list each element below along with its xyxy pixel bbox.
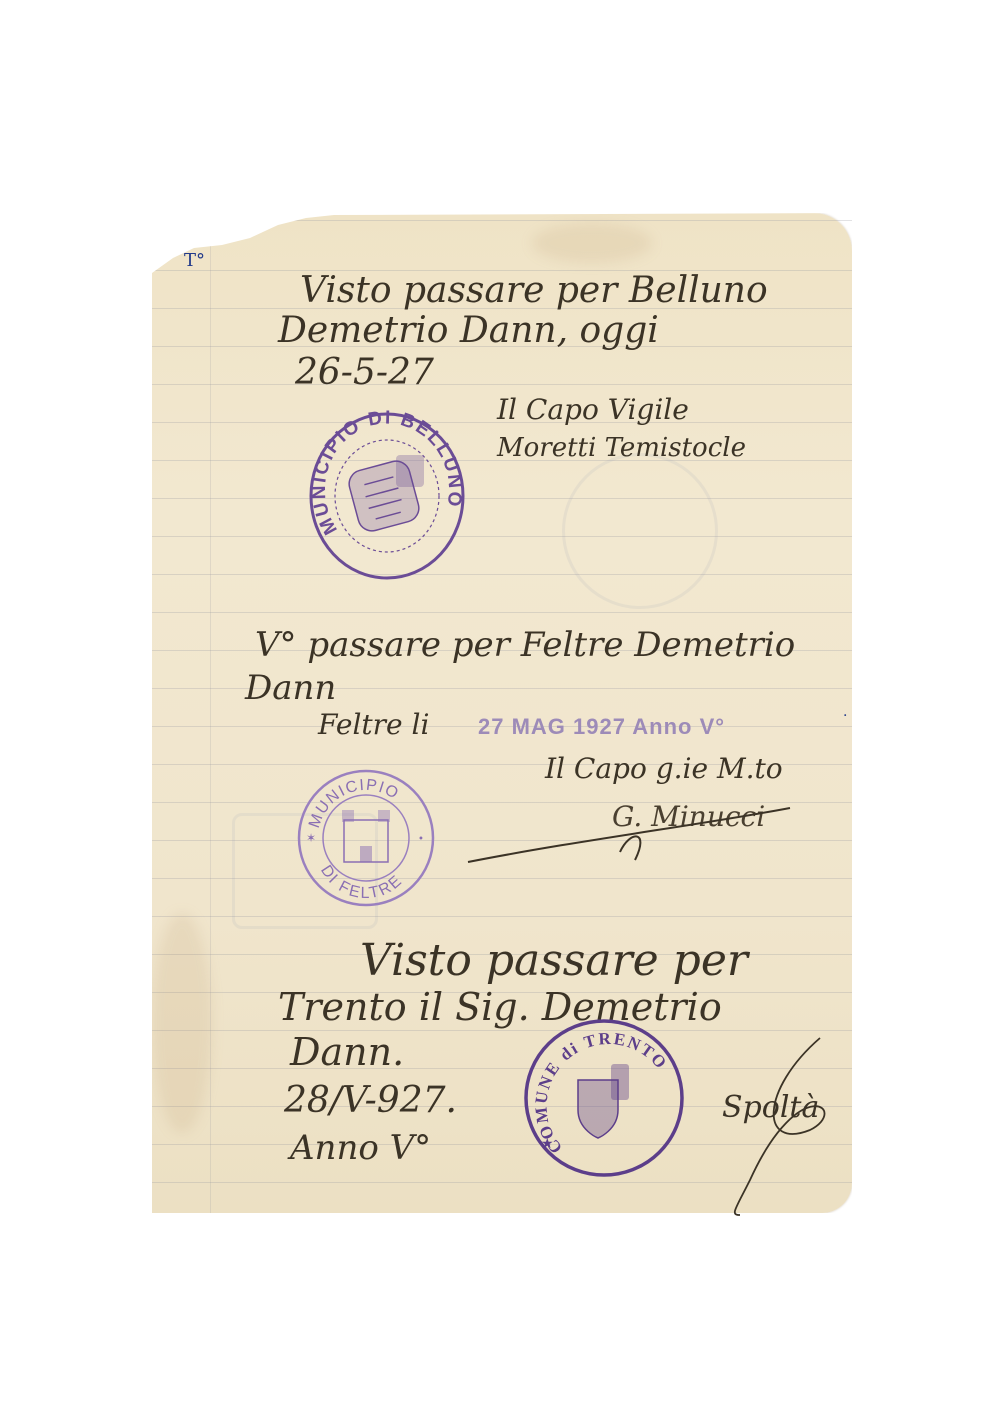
entry-belluno-line-2: Demetrio Dann, oggi xyxy=(278,310,659,351)
entry-feltre-line-1: V° passare per Feltre Demetrio xyxy=(255,625,795,665)
blue-pencil-mark: T° xyxy=(184,250,205,271)
entry-feltre-signer-title: Il Capo g.ie M.to xyxy=(545,752,783,785)
stamp-municipio-feltre: MUNICIPIO DI FELTRE ✶ • xyxy=(296,768,436,908)
age-stain xyxy=(152,913,212,1133)
age-stain xyxy=(532,223,652,263)
entry-belluno-line-1: Visto passare per Belluno xyxy=(300,270,768,311)
entry-belluno-signer-name: Moretti Temistocle xyxy=(497,433,746,463)
stamp-comune-trento: COMUNE di TRENTO ★ xyxy=(523,1018,685,1178)
entry-trento-date: 28/V-927. xyxy=(284,1080,457,1121)
blue-pencil-tick: · xyxy=(843,708,847,724)
entry-trento-line-1: Visto passare per xyxy=(360,935,748,986)
signature-flourish-feltre xyxy=(460,800,800,870)
faded-stamp-ghost xyxy=(562,453,718,609)
entry-feltre-place: Feltre li xyxy=(318,708,429,741)
entry-belluno-date: 26-5-27 xyxy=(295,352,434,393)
entry-trento-line-3: Dann. xyxy=(290,1030,404,1074)
signature-flourish-trento xyxy=(690,1030,850,1220)
svg-text:★: ★ xyxy=(541,1136,554,1152)
svg-text:•: • xyxy=(418,834,424,845)
entry-belluno-signer-title: Il Capo Vigile xyxy=(497,393,689,426)
entry-trento-era: Anno V° xyxy=(290,1128,431,1168)
svg-text:✶: ✶ xyxy=(306,831,316,845)
stamp-municipio-belluno: MUNICIPIO DI BELLUNO xyxy=(308,410,466,582)
date-stamp-feltre: 27 MAG 1927 Anno V° xyxy=(478,714,725,740)
entry-feltre-line-2: Dann xyxy=(245,668,336,708)
